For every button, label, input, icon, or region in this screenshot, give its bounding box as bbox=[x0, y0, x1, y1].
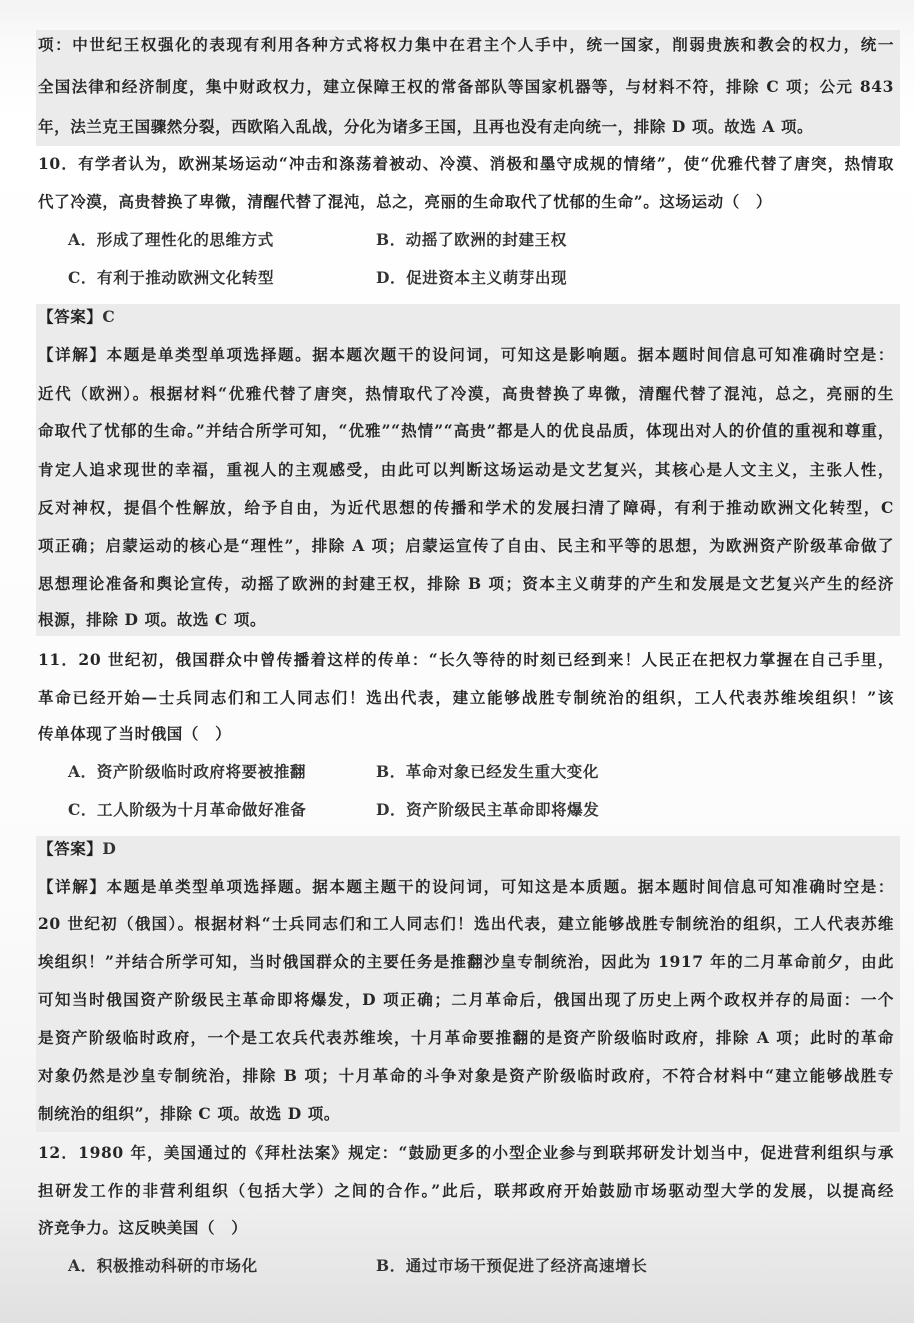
q11-explanation-line-7: 制统治的组织”，排除 C 项。故选 D 项。 bbox=[38, 1103, 894, 1125]
q10-explanation-line-6: 项正确；启蒙运动的核心是“理性”，排除 A 项；启蒙运宣传了自由、民主和平等的思… bbox=[38, 535, 894, 557]
q10-option-d: D．促进资本主义萌芽出现 bbox=[376, 267, 567, 289]
q10-option-b: B．动摇了欧洲的封建王权 bbox=[376, 229, 567, 251]
q11-stem-line-1: 11．20 世纪初，俄国群众中曾传播着这样的传单：“长久等待的时刻已经到来！人民… bbox=[38, 649, 894, 671]
q12-option-b: B．通过市场干预促进了经济高速增长 bbox=[376, 1255, 647, 1277]
q11-stem-line-2: 革命已经开始—士兵同志们和工人同志们！选出代表，建立能够战胜专制统治的组织，工人… bbox=[38, 687, 894, 709]
q10-answer: 【答案】C bbox=[38, 306, 115, 328]
q11-explanation-line-4: 可知当时俄国资产阶级民主革命即将爆发，D 项正确；二月革命后，俄国出现了历史上两… bbox=[38, 989, 894, 1011]
q11-explanation-line-5: 是资产阶级临时政府，一个是工农兵代表苏维埃，十月革命要推翻的是资产阶级临时政府，… bbox=[38, 1027, 894, 1049]
answer-label: 【答案】 bbox=[38, 307, 102, 326]
explanation-text: 本题是单类型单项选择题。据本题次题干的设问词，可知这是影响题。据本题时间信息可知… bbox=[107, 345, 894, 364]
prev-explanation-line-1: 项：中世纪王权强化的表现有利用各种方式将权力集中在君主个人手中，统一国家，削弱贵… bbox=[38, 34, 894, 56]
q10-explanation-line-2: 近代（欧洲）。根据材料“优雅代替了唐突，热情取代了冷漠，高贵替换了卑微，清醒代替… bbox=[38, 383, 894, 405]
prev-explanation-line-2: 全国法律和经济制度，集中财政权力，建立保障王权的常备部队等国家机器等，与材料不符… bbox=[38, 76, 894, 98]
q10-explanation-line-3: 命取代了忧郁的生命。”并结合所学可知，“优雅”“热情”“高贵”都是人的优良品质，… bbox=[38, 420, 894, 442]
answer-value: D bbox=[102, 839, 116, 858]
page-bottom-shadow bbox=[0, 1183, 914, 1323]
document-page: 项：中世纪王权强化的表现有利用各种方式将权力集中在君主个人手中，统一国家，削弱贵… bbox=[0, 0, 914, 1323]
q11-explanation-line-1: 【详解】本题是单类型单项选择题。据本题主题干的设问词，可知这是本质题。据本题时间… bbox=[38, 876, 894, 898]
q11-explanation-line-2: 20 世纪初（俄国）。根据材料“士兵同志们和工人同志们！选出代表，建立能够战胜专… bbox=[38, 913, 894, 935]
q12-stem-line-3: 济竞争力。这反映美国（ ） bbox=[38, 1217, 894, 1239]
q10-stem-line-1: 10．有学者认为，欧洲某场运动“冲击和涤荡着被动、冷漠、消极和墨守成规的情绪”，… bbox=[38, 153, 894, 175]
answer-label: 【答案】 bbox=[38, 839, 102, 858]
q11-option-b: B．革命对象已经发生重大变化 bbox=[376, 761, 599, 783]
q10-option-a: A．形成了理性化的思维方式 bbox=[68, 229, 274, 251]
q10-explanation-line-5: 反对神权，提倡个性解放，给予自由，为近代思想的传播和学术的发展扫清了障碍，有利于… bbox=[38, 497, 894, 519]
q11-option-a: A．资产阶级临时政府将要被推翻 bbox=[68, 761, 306, 783]
q11-option-d: D．资产阶级民主革命即将爆发 bbox=[376, 799, 599, 821]
answer-value: C bbox=[102, 307, 115, 326]
prev-explanation-line-3: 年，法兰克王国骤然分裂，西欧陷入乱战，分化为诸多王国，且再也没有走向统一，排除 … bbox=[38, 116, 894, 138]
q10-explanation-line-4: 肯定人追求现世的幸福，重视人的主观感受，由此可以判断这场运动是文艺复兴，其核心是… bbox=[38, 459, 894, 481]
q10-explanation-line-7: 思想理论准备和舆论宣传，动摇了欧洲的封建王权，排除 B 项；资本主义萌芽的产生和… bbox=[38, 573, 894, 595]
q10-explanation-line-8: 根源，排除 D 项。故选 C 项。 bbox=[38, 609, 894, 631]
q11-answer: 【答案】D bbox=[38, 838, 116, 860]
q12-stem-line-2: 担研发工作的非营利组织（包括大学）之间的合作。”此后，联邦政府开始鼓励市场驱动型… bbox=[38, 1180, 894, 1202]
q12-stem-line-1: 12．1980 年，美国通过的《拜杜法案》规定：“鼓励更多的小型企业参与到联邦研… bbox=[38, 1142, 894, 1164]
q10-stem-line-2: 代了冷漠，高贵替换了卑微，清醒代替了混沌，总之，亮丽的生命取代了忧郁的生命”。这… bbox=[38, 191, 894, 213]
explanation-label: 【详解】 bbox=[38, 345, 107, 364]
q11-explanation-line-6: 对象仍然是沙皇专制统治，排除 B 项；十月革命的斗争对象是资产阶级临时政府，不符… bbox=[38, 1065, 894, 1087]
q11-option-c: C．工人阶级为十月革命做好准备 bbox=[68, 799, 306, 821]
explanation-label: 【详解】 bbox=[38, 877, 107, 896]
q10-option-c: C．有利于推动欧洲文化转型 bbox=[68, 267, 274, 289]
q11-stem-line-3: 传单体现了当时俄国（ ） bbox=[38, 723, 894, 745]
q11-explanation-line-3: 埃组织！”并结合所学可知，当时俄国群众的主要任务是推翻沙皇专制统治，因此为 19… bbox=[38, 951, 894, 973]
q10-explanation-line-1: 【详解】本题是单类型单项选择题。据本题次题干的设问词，可知这是影响题。据本题时间… bbox=[38, 344, 894, 366]
explanation-text: 本题是单类型单项选择题。据本题主题干的设问词，可知这是本质题。据本题时间信息可知… bbox=[107, 877, 894, 896]
q12-option-a: A．积极推动科研的市场化 bbox=[68, 1255, 258, 1277]
